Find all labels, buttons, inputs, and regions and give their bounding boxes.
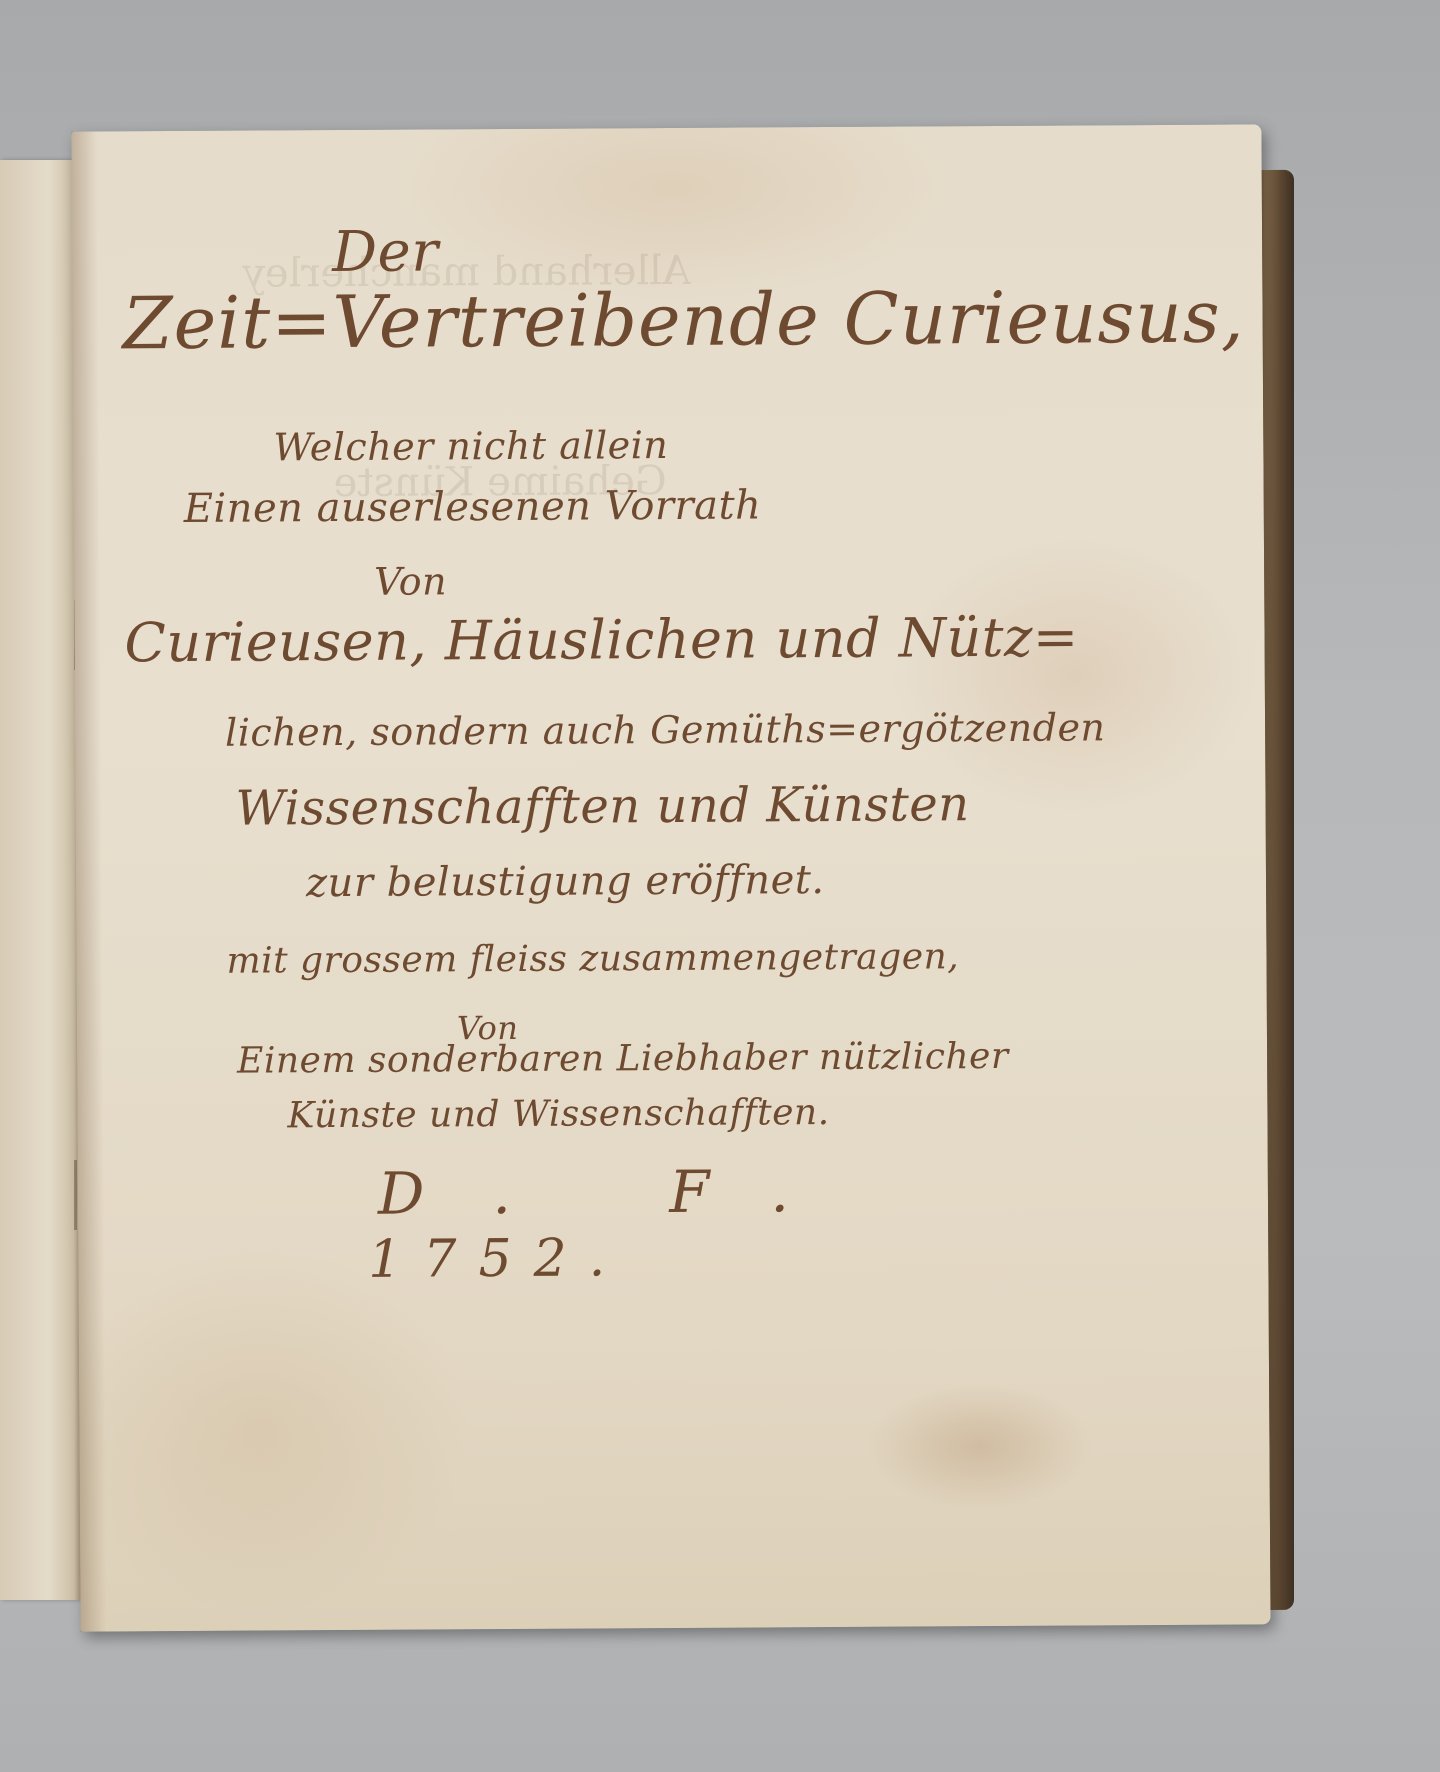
- compiled-line: mit grossem fleiss zusammengetragen,: [226, 936, 959, 981]
- title-line-der: Der: [332, 219, 439, 285]
- author-line: Künste und Wissenschafften.: [287, 1092, 829, 1136]
- title-main: Zeit=Vertreibende Curieusus,: [122, 274, 1245, 365]
- date: 1752.: [368, 1228, 627, 1290]
- subtitle-line: Welcher nicht allein: [273, 423, 668, 469]
- subtitle-line: Wissenschafften und Künsten: [235, 776, 969, 836]
- subtitle-line: Curieusen, Häuslichen und Nütz=: [124, 606, 1079, 675]
- title-page: Allerhand mancherley Gehaime Künste Der …: [71, 124, 1270, 1631]
- author-initials: D. F.: [378, 1157, 859, 1228]
- subtitle-line: Einen auserlesenen Vorrath: [184, 482, 762, 532]
- subtitle-line: zur belustigung eröffnet.: [306, 857, 825, 906]
- subtitle-line: Von: [374, 559, 447, 603]
- subtitle-line: lichen, sondern auch Gemüths=ergötzenden: [225, 705, 1106, 754]
- author-line: Einem sonderbaren Liebhaber nützlicher: [237, 1036, 1009, 1082]
- binding-stitch: [74, 1160, 77, 1230]
